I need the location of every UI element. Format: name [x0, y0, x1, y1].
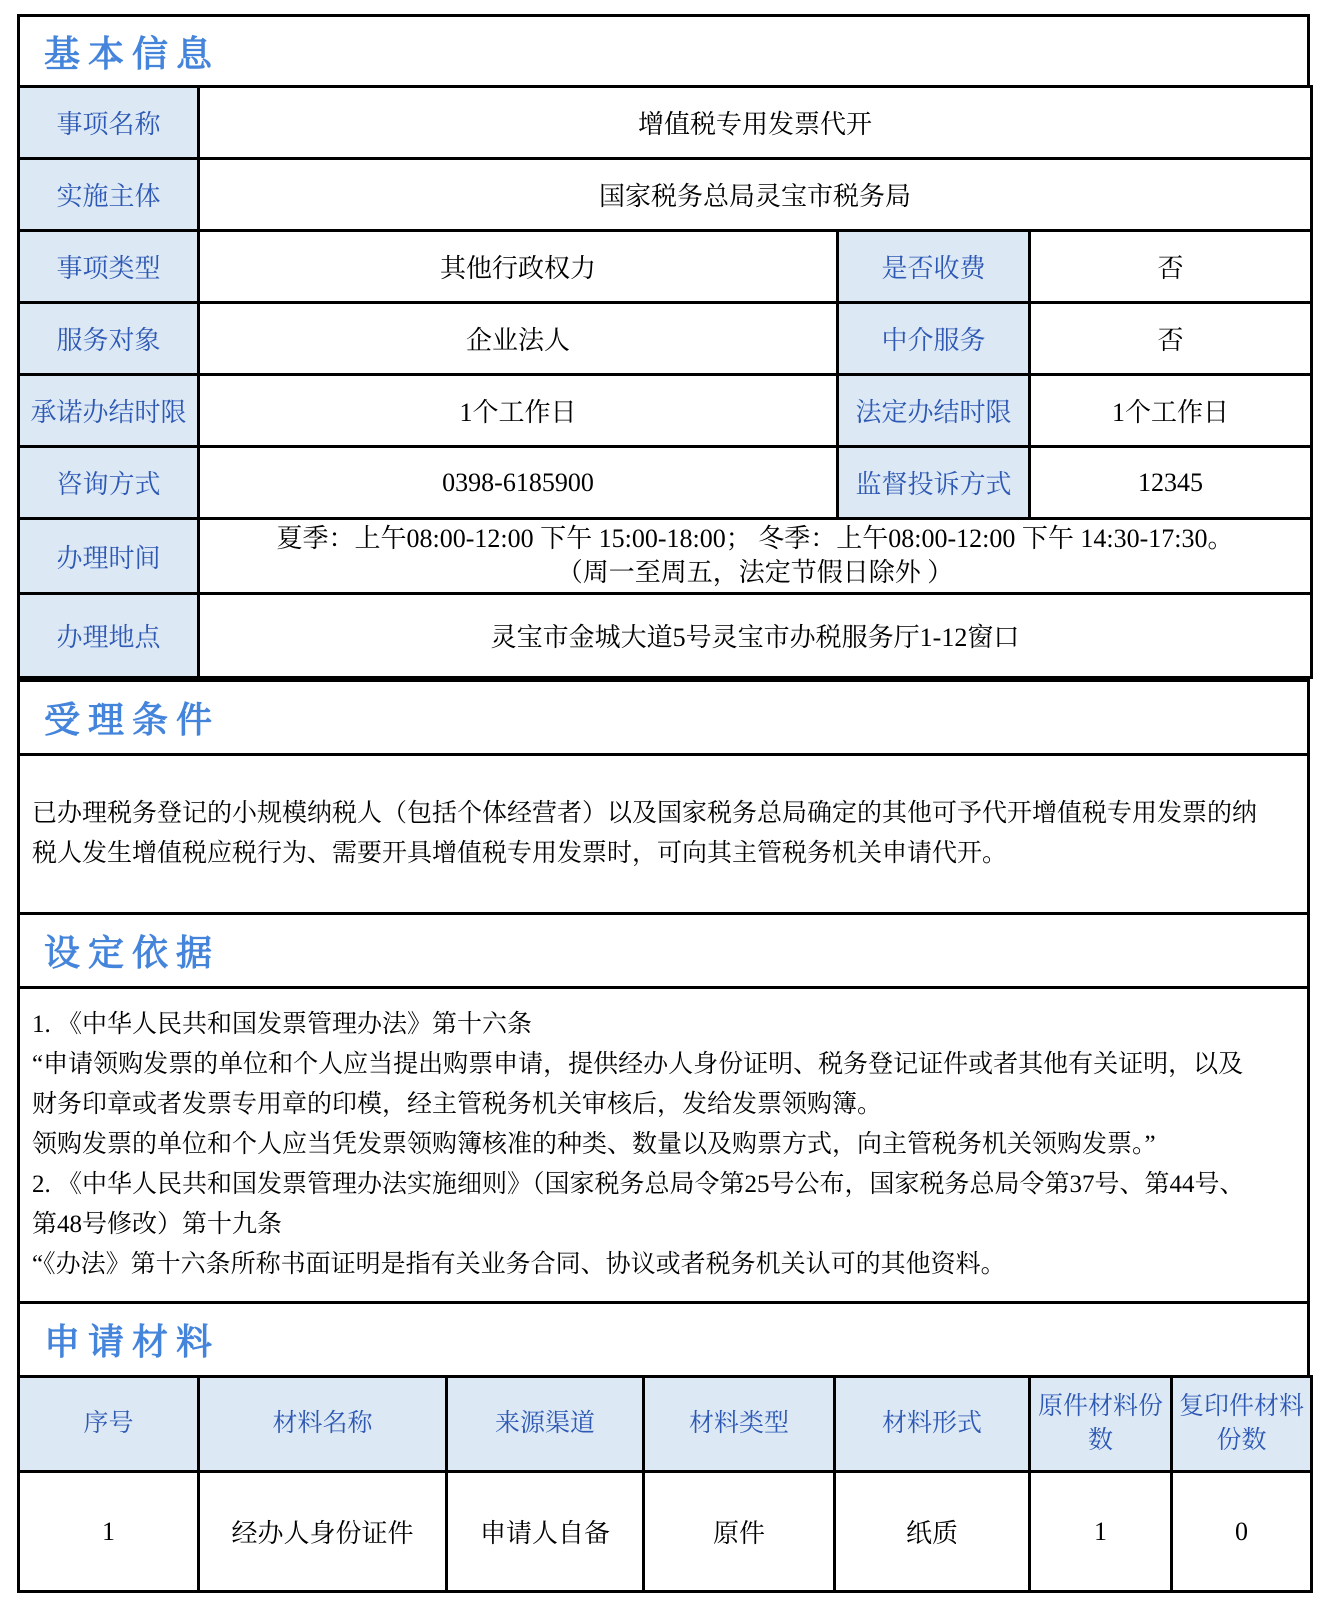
- value-item-type: 其他行政权力: [199, 231, 838, 303]
- label-item-type: 事项类型: [19, 231, 199, 303]
- material-original-copies: 1: [1030, 1472, 1172, 1592]
- section-title-application-materials: 申请材料: [17, 1301, 1310, 1378]
- label-complaint-method: 监督投诉方式: [838, 447, 1030, 519]
- value-service-target: 企业法人: [199, 303, 838, 375]
- processing-time-line-2: （周一至周五，法定节假日除外 ）: [206, 556, 1304, 590]
- basis-line: “申请领购发票的单位和个人应当提出购票申请，提供经办人身份证明、税务登记证件或者…: [32, 1045, 1307, 1085]
- materials-header-source: 来源渠道: [447, 1377, 644, 1472]
- material-type: 原件: [644, 1472, 835, 1592]
- table-row: 事项类型 其他行政权力 是否收费 否: [19, 231, 1312, 303]
- material-name: 经办人身份证件: [199, 1472, 447, 1592]
- materials-header-type: 材料类型: [644, 1377, 835, 1472]
- table-row: 承诺办结时限 1个工作日 法定办结时限 1个工作日: [19, 375, 1312, 447]
- application-materials-table: 序号 材料名称 来源渠道 材料类型 材料形式 原件材料份数 复印件材料份数 1 …: [17, 1375, 1313, 1593]
- table-row: 办理时间 夏季：上午08:00-12:00 下午 15:00-18:00； 冬季…: [19, 519, 1312, 594]
- materials-header-photocopy-copies: 复印件材料份数: [1172, 1377, 1312, 1472]
- label-consultation-method: 咨询方式: [19, 447, 199, 519]
- acceptance-line: 税人发生增值税应税行为、需要开具增值税专用发票时，可向其主管税务机关申请代开。: [32, 834, 1307, 874]
- basis-line: 第48号修改）第十九条: [32, 1205, 1307, 1245]
- materials-header-name: 材料名称: [199, 1377, 447, 1472]
- material-form: 纸质: [835, 1472, 1030, 1592]
- basis-line: 领购发票的单位和个人应当凭发票领购簿核准的种类、数量以及购票方式，向主管税务机关…: [32, 1125, 1307, 1165]
- materials-header-form: 材料形式: [835, 1377, 1030, 1472]
- acceptance-conditions-text: 已办理税务登记的小规模纳税人（包括个体经营者）以及国家税务总局确定的其他可予代开…: [17, 753, 1310, 915]
- materials-data-row: 1 经办人身份证件 申请人自备 原件 纸质 1 0: [19, 1472, 1312, 1592]
- label-service-target: 服务对象: [19, 303, 199, 375]
- label-statutory-time-limit: 法定办结时限: [838, 375, 1030, 447]
- basis-line: 2. 《中华人民共和国发票管理办法实施细则》（国家税务总局令第25号公布，国家税…: [32, 1165, 1307, 1205]
- value-complaint-method: 12345: [1030, 447, 1312, 519]
- material-seq: 1: [19, 1472, 199, 1592]
- label-processing-location: 办理地点: [19, 594, 199, 678]
- label-implementing-body: 实施主体: [19, 159, 199, 231]
- processing-time-line-1: 夏季：上午08:00-12:00 下午 15:00-18:00； 冬季：上午08…: [206, 522, 1304, 556]
- label-promised-time-limit: 承诺办结时限: [19, 375, 199, 447]
- material-photocopy-copies: 0: [1172, 1472, 1312, 1592]
- value-item-name: 增值税专用发票代开: [199, 87, 1312, 159]
- table-row: 咨询方式 0398-6185900 监督投诉方式 12345: [19, 447, 1312, 519]
- label-charge-required: 是否收费: [838, 231, 1030, 303]
- materials-header-row: 序号 材料名称 来源渠道 材料类型 材料形式 原件材料份数 复印件材料份数: [19, 1377, 1312, 1472]
- materials-header-seq: 序号: [19, 1377, 199, 1472]
- materials-header-original-copies: 原件材料份数: [1030, 1377, 1172, 1472]
- label-processing-time: 办理时间: [19, 519, 199, 594]
- basis-line: 财务印章或者发票专用章的印模，经主管税务机关审核后，发给发票领购簿。: [32, 1085, 1307, 1125]
- value-consultation-method: 0398-6185900: [199, 447, 838, 519]
- table-row: 实施主体 国家税务总局灵宝市税务局: [19, 159, 1312, 231]
- label-item-name: 事项名称: [19, 87, 199, 159]
- table-row: 办理地点 灵宝市金城大道5号灵宝市办税服务厅1-12窗口: [19, 594, 1312, 678]
- value-promised-time-limit: 1个工作日: [199, 375, 838, 447]
- value-charge-required: 否: [1030, 231, 1312, 303]
- value-processing-location: 灵宝市金城大道5号灵宝市办税服务厅1-12窗口: [199, 594, 1312, 678]
- value-processing-time: 夏季：上午08:00-12:00 下午 15:00-18:00； 冬季：上午08…: [199, 519, 1312, 594]
- value-intermediary-service: 否: [1030, 303, 1312, 375]
- table-row: 事项名称 增值税专用发票代开: [19, 87, 1312, 159]
- service-info-document: 基本信息 事项名称 增值税专用发票代开 实施主体 国家税务总局灵宝市税务局 事项…: [17, 14, 1310, 1593]
- basic-info-table: 事项名称 增值税专用发票代开 实施主体 国家税务总局灵宝市税务局 事项类型 其他…: [17, 85, 1313, 679]
- label-intermediary-service: 中介服务: [838, 303, 1030, 375]
- setting-basis-text: 1. 《中华人民共和国发票管理办法》第十六条 “申请领购发票的单位和个人应当提出…: [17, 986, 1310, 1304]
- table-row: 服务对象 企业法人 中介服务 否: [19, 303, 1312, 375]
- section-title-setting-basis: 设定依据: [17, 912, 1310, 989]
- value-statutory-time-limit: 1个工作日: [1030, 375, 1312, 447]
- value-implementing-body: 国家税务总局灵宝市税务局: [199, 159, 1312, 231]
- section-title-basic-info: 基本信息: [17, 14, 1310, 88]
- acceptance-line: 已办理税务登记的小规模纳税人（包括个体经营者）以及国家税务总局确定的其他可予代开…: [32, 794, 1307, 834]
- basis-line: “《办法》第十六条所称书面证明是指有关业务合同、协议或者税务机关认可的其他资料。: [32, 1245, 1307, 1285]
- section-title-acceptance-conditions: 受理条件: [17, 679, 1310, 756]
- material-source: 申请人自备: [447, 1472, 644, 1592]
- basis-line: 1. 《中华人民共和国发票管理办法》第十六条: [32, 1005, 1307, 1045]
